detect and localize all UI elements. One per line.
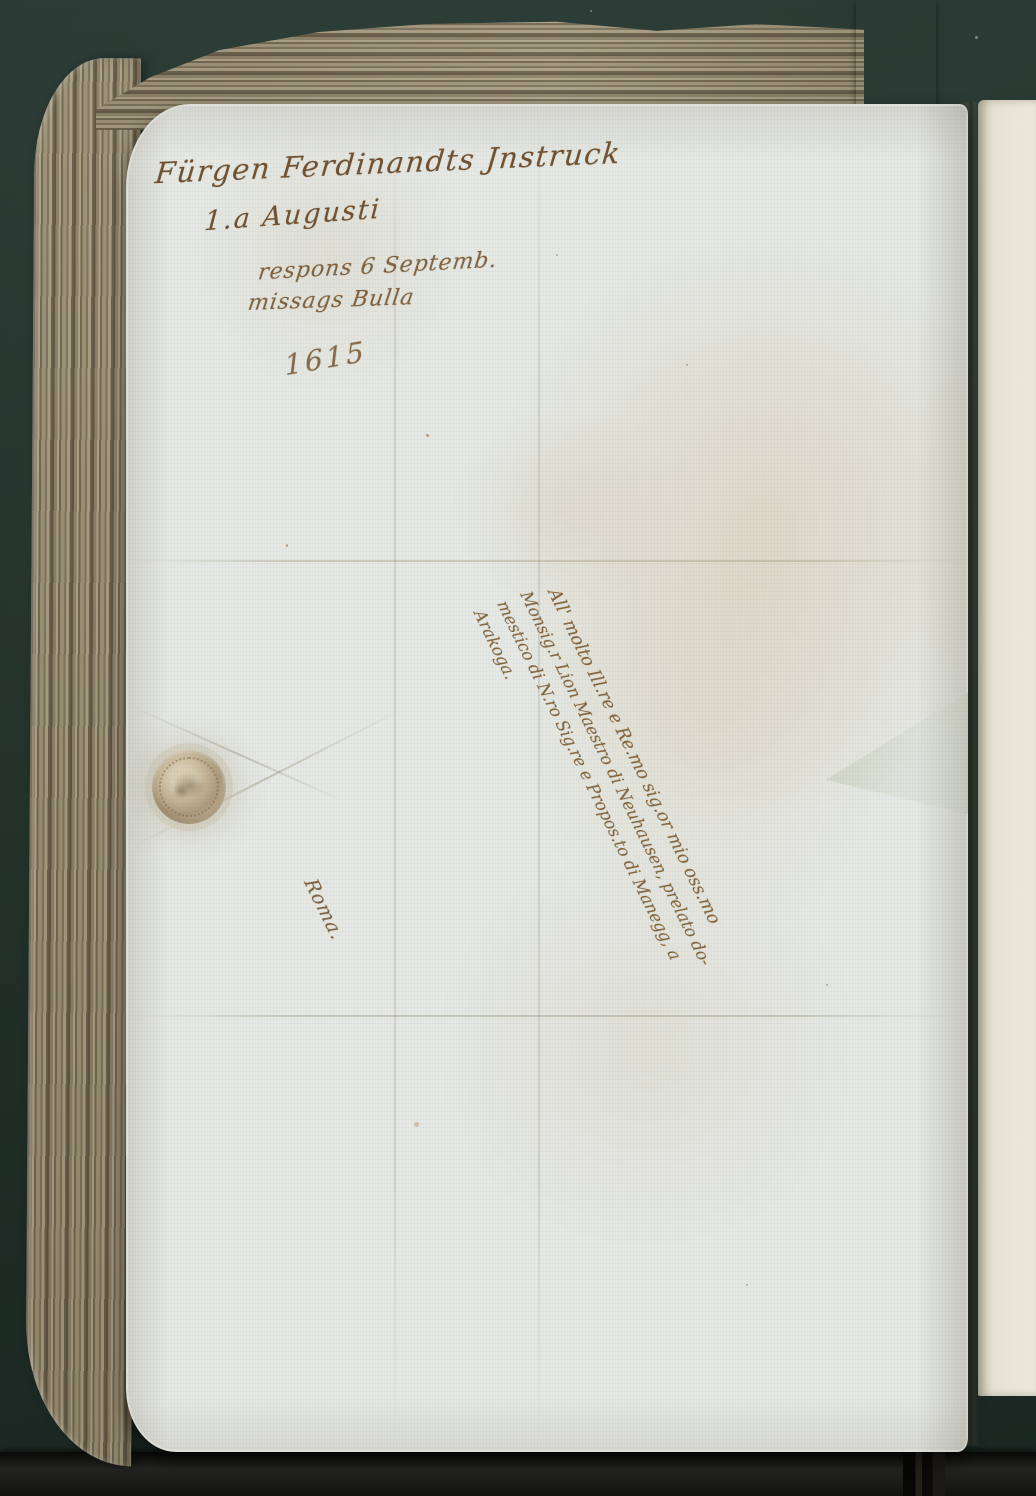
reply-note-line2: missags Bulla [246,285,416,316]
facing-page [978,100,1036,1396]
book-spine-edge [856,0,936,120]
year-note: 1615 [283,335,367,383]
manuscript-page: Fürgen Ferdinandts Jnstruck 1.a Augusti … [126,104,968,1452]
page-stack-left-edge [25,58,141,1467]
archive-photo-backdrop: Fürgen Ferdinandts Jnstruck 1.a Augusti … [0,0,1036,1496]
address-block: All' molto Ill.re e Re.mo sig.or mio oss… [467,578,718,939]
dust-speck [975,36,978,39]
foxing-speck [826,984,828,986]
fold-crease [126,1015,968,1017]
foxing-speck [556,254,558,256]
foxing-speck [686,364,688,366]
archival-note-line2: 1.a Augusti [203,194,382,238]
foxing-speck [426,434,429,437]
fold-crease [126,560,968,562]
dust-speck [590,10,592,12]
foxing-speck [414,1122,419,1127]
letter-fold-imprint [826,692,968,814]
fold-crease [538,104,540,1452]
archival-note-line1: Fürgen Ferdinandts Jnstruck [154,136,623,191]
foxing-speck [286,544,288,547]
place-note-roma: Roma. [299,876,349,943]
table-edge [0,1452,1036,1496]
wax-seal [152,750,226,824]
foxing-speck [746,1284,748,1286]
reply-note-line1: respons 6 Septemb. [257,248,499,286]
